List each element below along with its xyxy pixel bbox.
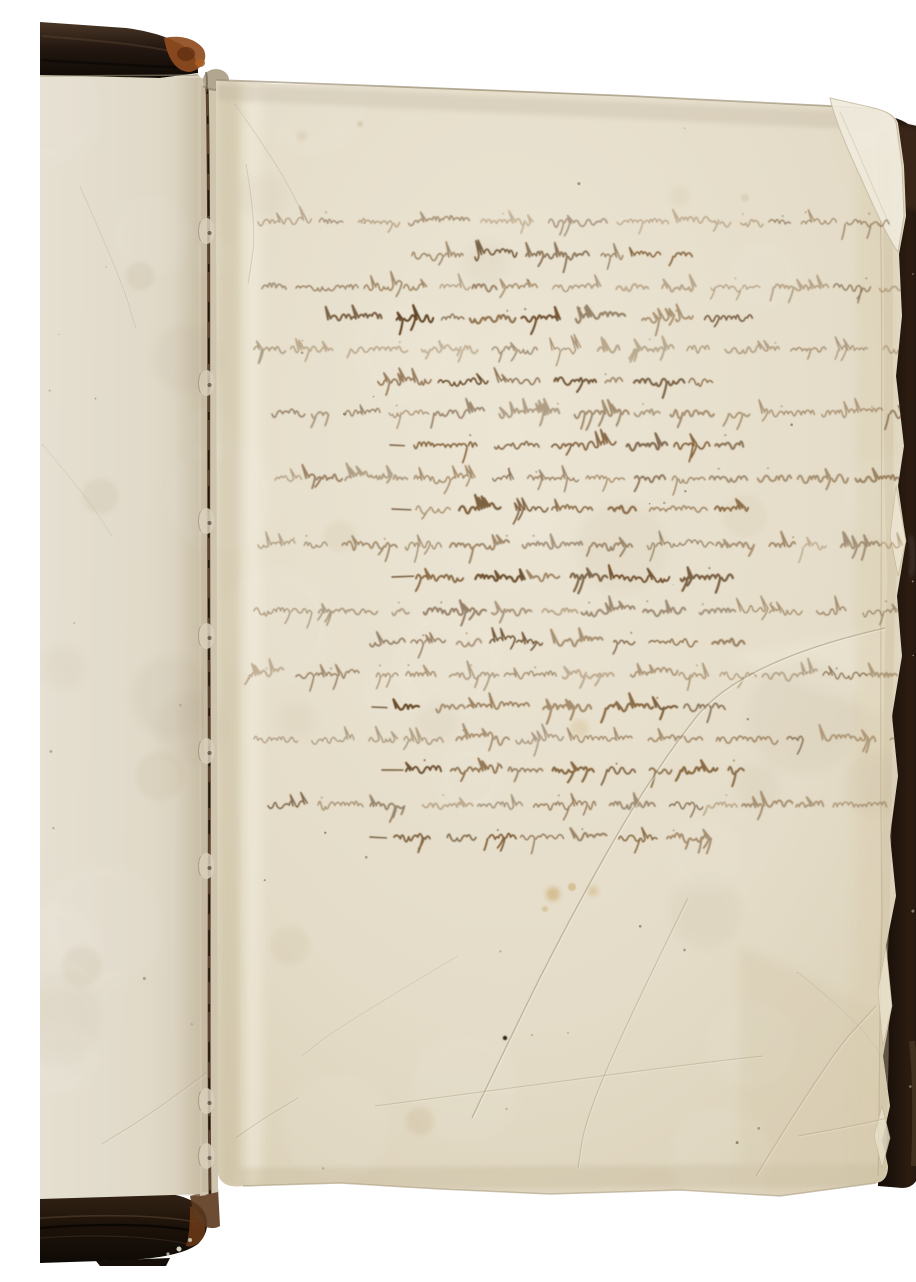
worn-patch-core [177, 47, 195, 61]
corner-chip-2 [188, 1238, 192, 1242]
endband-crevice [206, 72, 207, 92]
corner-chip-1 [177, 1247, 182, 1252]
worn-patch-bright [195, 59, 205, 67]
corner-chip-3 [166, 1252, 169, 1255]
leather-inner-band [912, 1041, 915, 1166]
manuscript-photo: Photograph of an opened early bound manu… [40, 16, 916, 1266]
book-photo-canvas [40, 16, 916, 1266]
